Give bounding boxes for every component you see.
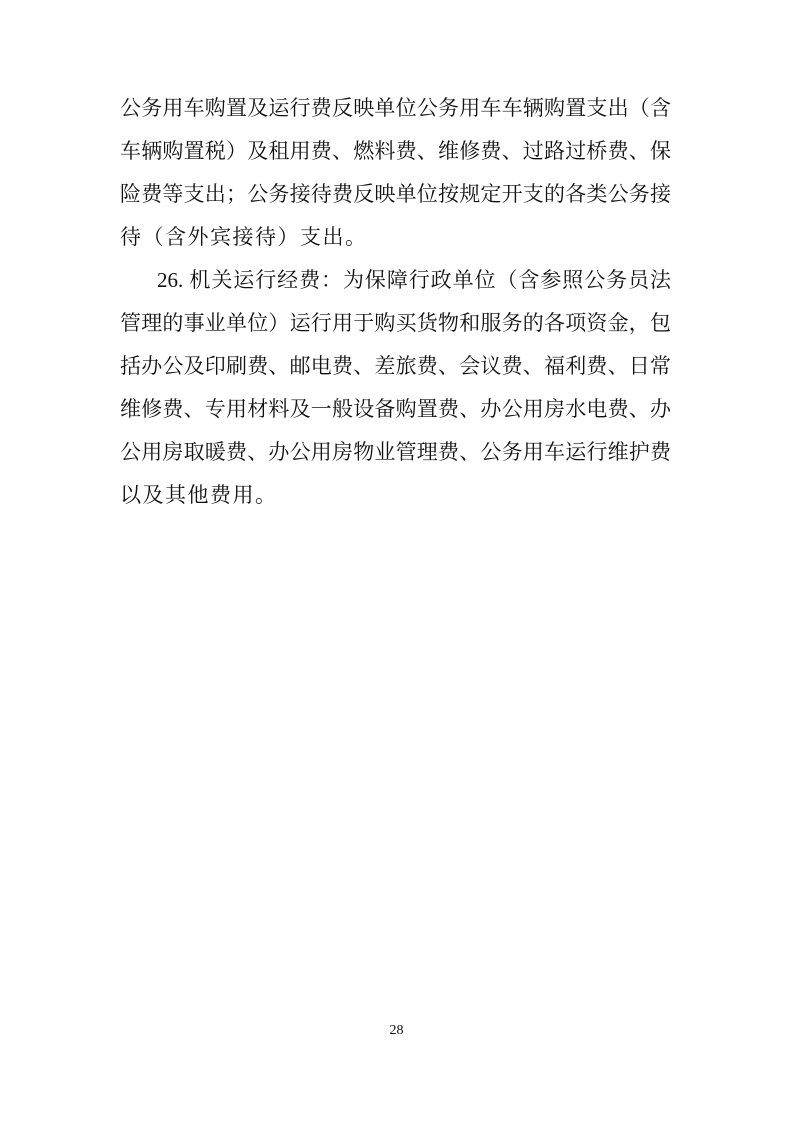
paragraph-line: 26. 机关运行经费：为保障行政单位（含参照公务员法 xyxy=(120,259,671,302)
document-body-text: 公务用车购置及运行费反映单位公务用车车辆购置支出（含 车辆购置税）及租用费、燃料… xyxy=(120,87,671,517)
paragraph-agency-operating-expense: 26. 机关运行经费：为保障行政单位（含参照公务员法 管理的事业单位）运行用于购… xyxy=(120,259,671,517)
page-number: 28 xyxy=(0,1022,793,1040)
paragraph-line: 公用房取暖费、办公用房物业管理费、公务用车运行维护费 xyxy=(120,431,671,474)
paragraph-line: 待（含外宾接待）支出。 xyxy=(120,216,671,259)
paragraph-line: 公务用车购置及运行费反映单位公务用车车辆购置支出（含 xyxy=(120,87,671,130)
paragraph-line: 管理的事业单位）运行用于购买货物和服务的各项资金，包 xyxy=(120,302,671,345)
paragraph-line: 维修费、专用材料及一般设备购置费、办公用房水电费、办 xyxy=(120,388,671,431)
paragraph-line: 险费等支出；公务接待费反映单位按规定开支的各类公务接 xyxy=(120,173,671,216)
paragraph-line: 括办公及印刷费、邮电费、差旅费、会议费、福利费、日常 xyxy=(120,345,671,388)
document-page: 公务用车购置及运行费反映单位公务用车车辆购置支出（含 车辆购置税）及租用费、燃料… xyxy=(0,0,793,1122)
paragraph-vehicle-and-reception-expense: 公务用车购置及运行费反映单位公务用车车辆购置支出（含 车辆购置税）及租用费、燃料… xyxy=(120,87,671,259)
paragraph-line: 以及其他费用。 xyxy=(120,474,671,517)
paragraph-line: 车辆购置税）及租用费、燃料费、维修费、过路过桥费、保 xyxy=(120,130,671,173)
